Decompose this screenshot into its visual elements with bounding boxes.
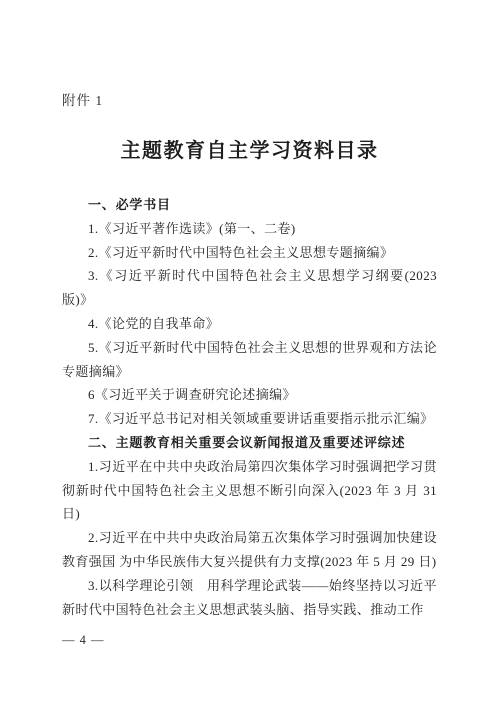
section-2-heading: 二、主题教育相关重要会议新闻报道及重要述评综述: [62, 431, 437, 455]
attachment-label: 附件 1: [62, 93, 437, 108]
list-item: 2.《习近平新时代中国特色社会主义思想专题摘编》: [62, 241, 437, 265]
list-item: 3.《习近平新时代中国特色社会主义思想学习纲要(2023 版)》: [62, 264, 437, 312]
document-page: 附件 1 主题教育自主学习资料目录 一、必学书目 1.《习近平著作选读》(第一、…: [0, 0, 499, 707]
page-title: 主题教育自主学习资料目录: [62, 138, 437, 165]
list-item: 1.《习近平著作选读》(第一、二卷): [62, 217, 437, 241]
list-item: 1.习近平在中共中央政治局第四次集体学习时强调把学习贯彻新时代中国特色社会主义思…: [62, 455, 437, 526]
list-item: 7.《习近平总书记对相关领域重要讲话重要指示批示汇编》: [62, 407, 437, 431]
document-body: 附件 1 主题教育自主学习资料目录 一、必学书目 1.《习近平著作选读》(第一、…: [0, 0, 499, 621]
list-item: 5.《习近平新时代中国特色社会主义思想的世界观和方法论专题摘编》: [62, 336, 437, 384]
list-item: 4.《论党的自我革命》: [62, 312, 437, 336]
list-item: 3.以科学理论引领 用科学理论武装——始终坚持以习近平新时代中国特色社会主义思想…: [62, 574, 437, 622]
list-item: 2.习近平在中共中央政治局第五次集体学习时强调加快建设教育强国 为中华民族伟大复…: [62, 526, 437, 574]
content-list: 一、必学书目 1.《习近平著作选读》(第一、二卷) 2.《习近平新时代中国特色社…: [62, 193, 437, 621]
section-1-heading: 一、必学书目: [62, 193, 437, 217]
page-number: — 4 —: [62, 633, 105, 648]
list-item: 6《习近平关于调查研究论述摘编》: [62, 383, 437, 407]
